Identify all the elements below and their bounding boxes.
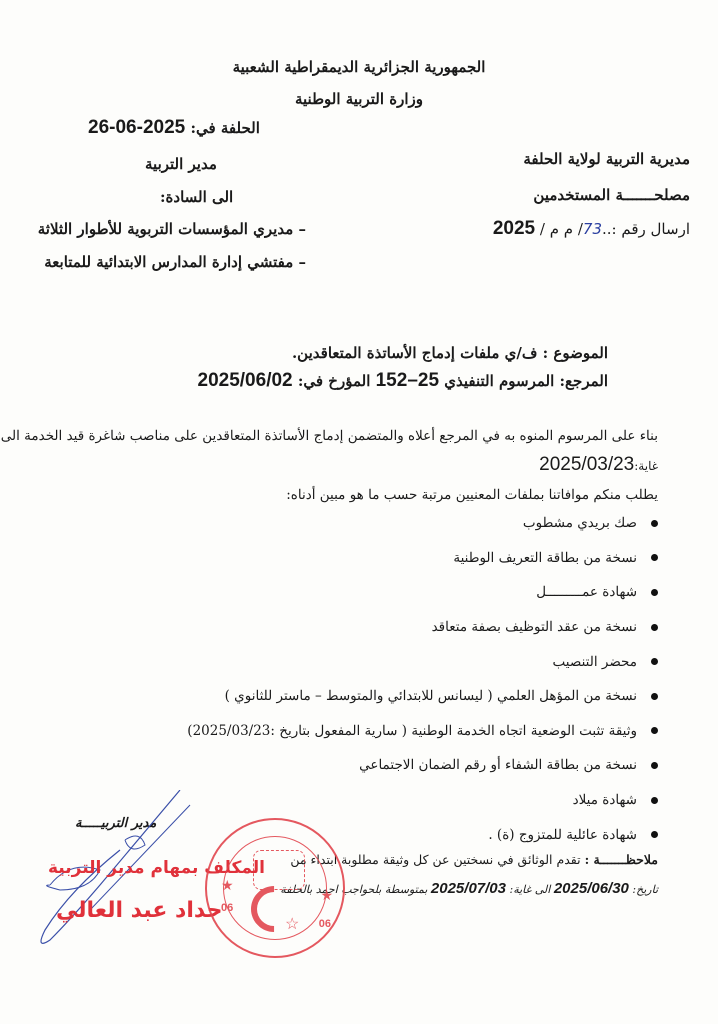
reference-dated-label: المؤرخ في:	[298, 372, 371, 390]
star-icon: ★	[221, 878, 234, 894]
reference: المرجع: المرسوم التنفيذي 25–152 المؤرخ ف…	[198, 370, 608, 392]
ref-handwritten-number: 73	[583, 220, 602, 238]
bullet-icon	[651, 520, 658, 527]
recipient-2: – مفتشي إدارة المدارس الابتدائية للمتابع…	[40, 253, 306, 271]
service-name: مصلحـــــــة المستخدمين	[533, 186, 690, 204]
reference-date: 2025/06/02	[198, 370, 293, 391]
star-icon: ★	[320, 888, 333, 904]
body-line-3: يطلب منكم موافاتنا بملفات المعنيين مرتبة…	[286, 487, 658, 503]
bullet-icon	[651, 831, 658, 838]
place-label: الحلفة في:	[190, 119, 259, 137]
list-item: محضر التنصيب	[118, 644, 658, 679]
recipients-label: الى السادة:	[160, 188, 233, 206]
bullet-icon	[651, 658, 658, 665]
reference-label: المرجع: المرسوم التنفيذي	[444, 372, 608, 390]
list-item: نسخة من بطاقة التعريف الوطنية	[118, 541, 658, 576]
ministry-title: وزارة التربية الوطنية	[0, 90, 718, 108]
bullet-icon	[651, 693, 658, 700]
bullet-icon	[651, 727, 658, 734]
body-line-2: غاية:2025/03/23	[539, 454, 658, 476]
subject-text: ف/ي ملفات إدماج الأساتذة المتعاقدين.	[292, 344, 537, 362]
list-item: صك بريدي مشطوب	[118, 506, 658, 541]
from-date: 2025/06/30	[554, 880, 629, 897]
bullet-icon	[651, 554, 658, 561]
until-label: غاية:	[634, 459, 658, 473]
ref-label: ارسال رقم :..	[602, 220, 690, 238]
seal-code-left: 06	[221, 902, 233, 914]
date-label: تاريخ:	[632, 883, 658, 896]
bullet-icon	[651, 589, 658, 596]
ref-suffix: / م م /	[540, 220, 583, 238]
recipient-1: – مديري المؤسسات التربوية للأطوار الثلاث…	[40, 220, 306, 238]
letter-date: 2025-06-26	[88, 117, 185, 138]
list-item: نسخة من عقد التوظيف بصفة متعاقد	[118, 610, 658, 645]
list-item: شهادة عمـــــــــل	[118, 575, 658, 610]
note-label: ملاحظـــــــة :	[585, 852, 658, 867]
list-item: نسخة من المؤهل العلمي ( ليسانس للابتدائي…	[118, 679, 658, 714]
seal-emblem-icon	[253, 850, 305, 890]
bullet-icon	[651, 797, 658, 804]
stamp-name: حداد عبد العالي	[56, 898, 222, 923]
bullet-icon	[651, 762, 658, 769]
decree-number: 25–152	[376, 370, 439, 391]
reference-number: ارسال رقم :..73/ م م / 2025	[493, 218, 690, 240]
list-item: وثيقة تثبت الوضعية اتجاه الخدمة الوطنية …	[118, 714, 658, 749]
ref-year: 2025	[493, 218, 535, 239]
to-label: الى غاية:	[509, 883, 550, 896]
to-date: 2025/07/03	[431, 880, 506, 897]
note: ملاحظـــــــة : تقدم الوثائق في نسختين ع…	[290, 852, 658, 867]
seal-code-right: 06	[319, 918, 331, 930]
directorate: مديرية التربية لولاية الحلفة	[523, 150, 690, 168]
sender-title: مدير التربية	[145, 155, 217, 173]
place-date: الحلفة في: 2025-06-26	[88, 117, 260, 139]
subject: الموضوع : ف/ي ملفات إدماج الأساتذة المتع…	[292, 344, 608, 362]
list-item: نسخة من بطاقة الشفاء أو رقم الضمان الاجت…	[118, 748, 658, 783]
star-icon: ☆	[285, 914, 299, 933]
until-date: 2025/03/23	[539, 454, 634, 475]
body-line-1: بناء على المرسوم المنوه به في المرجع أعل…	[1, 428, 658, 444]
official-letter: الجمهورية الجزائرية الديمقراطية الشعبية …	[0, 0, 718, 1024]
subject-label: الموضوع :	[543, 344, 608, 362]
official-seal-icon: ★ ★ ☆ 06 06	[205, 818, 345, 958]
republic-title: الجمهورية الجزائرية الديمقراطية الشعبية	[0, 58, 718, 76]
bullet-icon	[651, 624, 658, 631]
